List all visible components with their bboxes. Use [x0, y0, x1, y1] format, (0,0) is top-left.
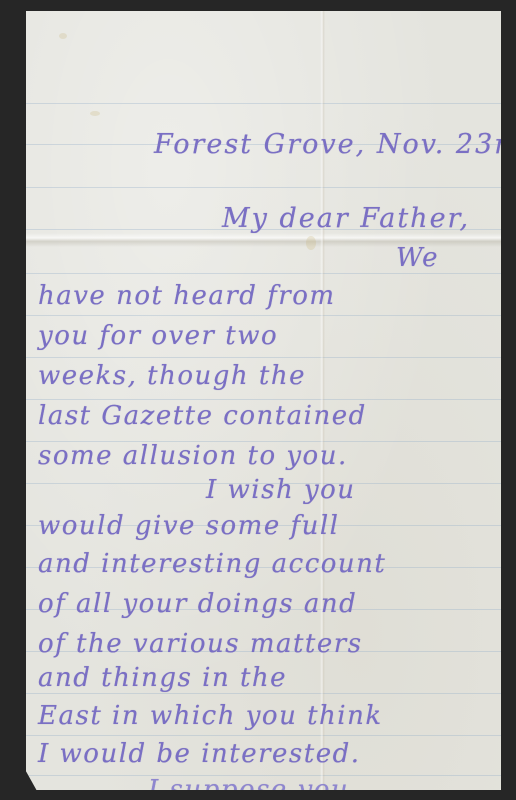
letter-line: would give some full	[38, 511, 339, 541]
letter-line: I wish you	[206, 475, 356, 505]
letter-line: of all your doings and	[38, 589, 357, 619]
letter-line: some allusion to you.	[38, 441, 348, 471]
letter-line: I suppose you	[148, 775, 349, 790]
paper-stain	[59, 33, 67, 39]
ruled-line	[26, 357, 501, 358]
letter-line: We	[396, 243, 439, 273]
letter-line: you for over two	[38, 321, 278, 351]
ruled-line	[26, 315, 501, 316]
letter-line: and interesting account	[38, 549, 386, 579]
ruled-line	[26, 693, 501, 694]
scan-background: Forest Grove, Nov. 23rd My dear Father, …	[0, 0, 516, 800]
letter-line: and things in the	[38, 663, 287, 693]
ruled-line	[26, 187, 501, 188]
ruled-line	[26, 273, 501, 274]
letter-line: I would be interested.	[38, 739, 361, 769]
letter-salutation: My dear Father,	[222, 203, 470, 234]
letter-line: of the various matters	[38, 629, 363, 659]
letter-page: Forest Grove, Nov. 23rd My dear Father, …	[26, 11, 501, 790]
letter-line: last Gazette contained	[38, 401, 367, 431]
letter-place-date: Forest Grove, Nov. 23rd	[154, 129, 501, 160]
ruled-line	[26, 735, 501, 736]
letter-line: have not heard from	[38, 281, 336, 311]
paper-stain	[90, 111, 100, 116]
paper-stain	[306, 236, 316, 250]
letter-line: weeks, though the	[38, 361, 306, 391]
letter-line: East in which you think	[38, 701, 383, 731]
ruled-line	[26, 103, 501, 104]
ruled-line	[26, 399, 501, 400]
